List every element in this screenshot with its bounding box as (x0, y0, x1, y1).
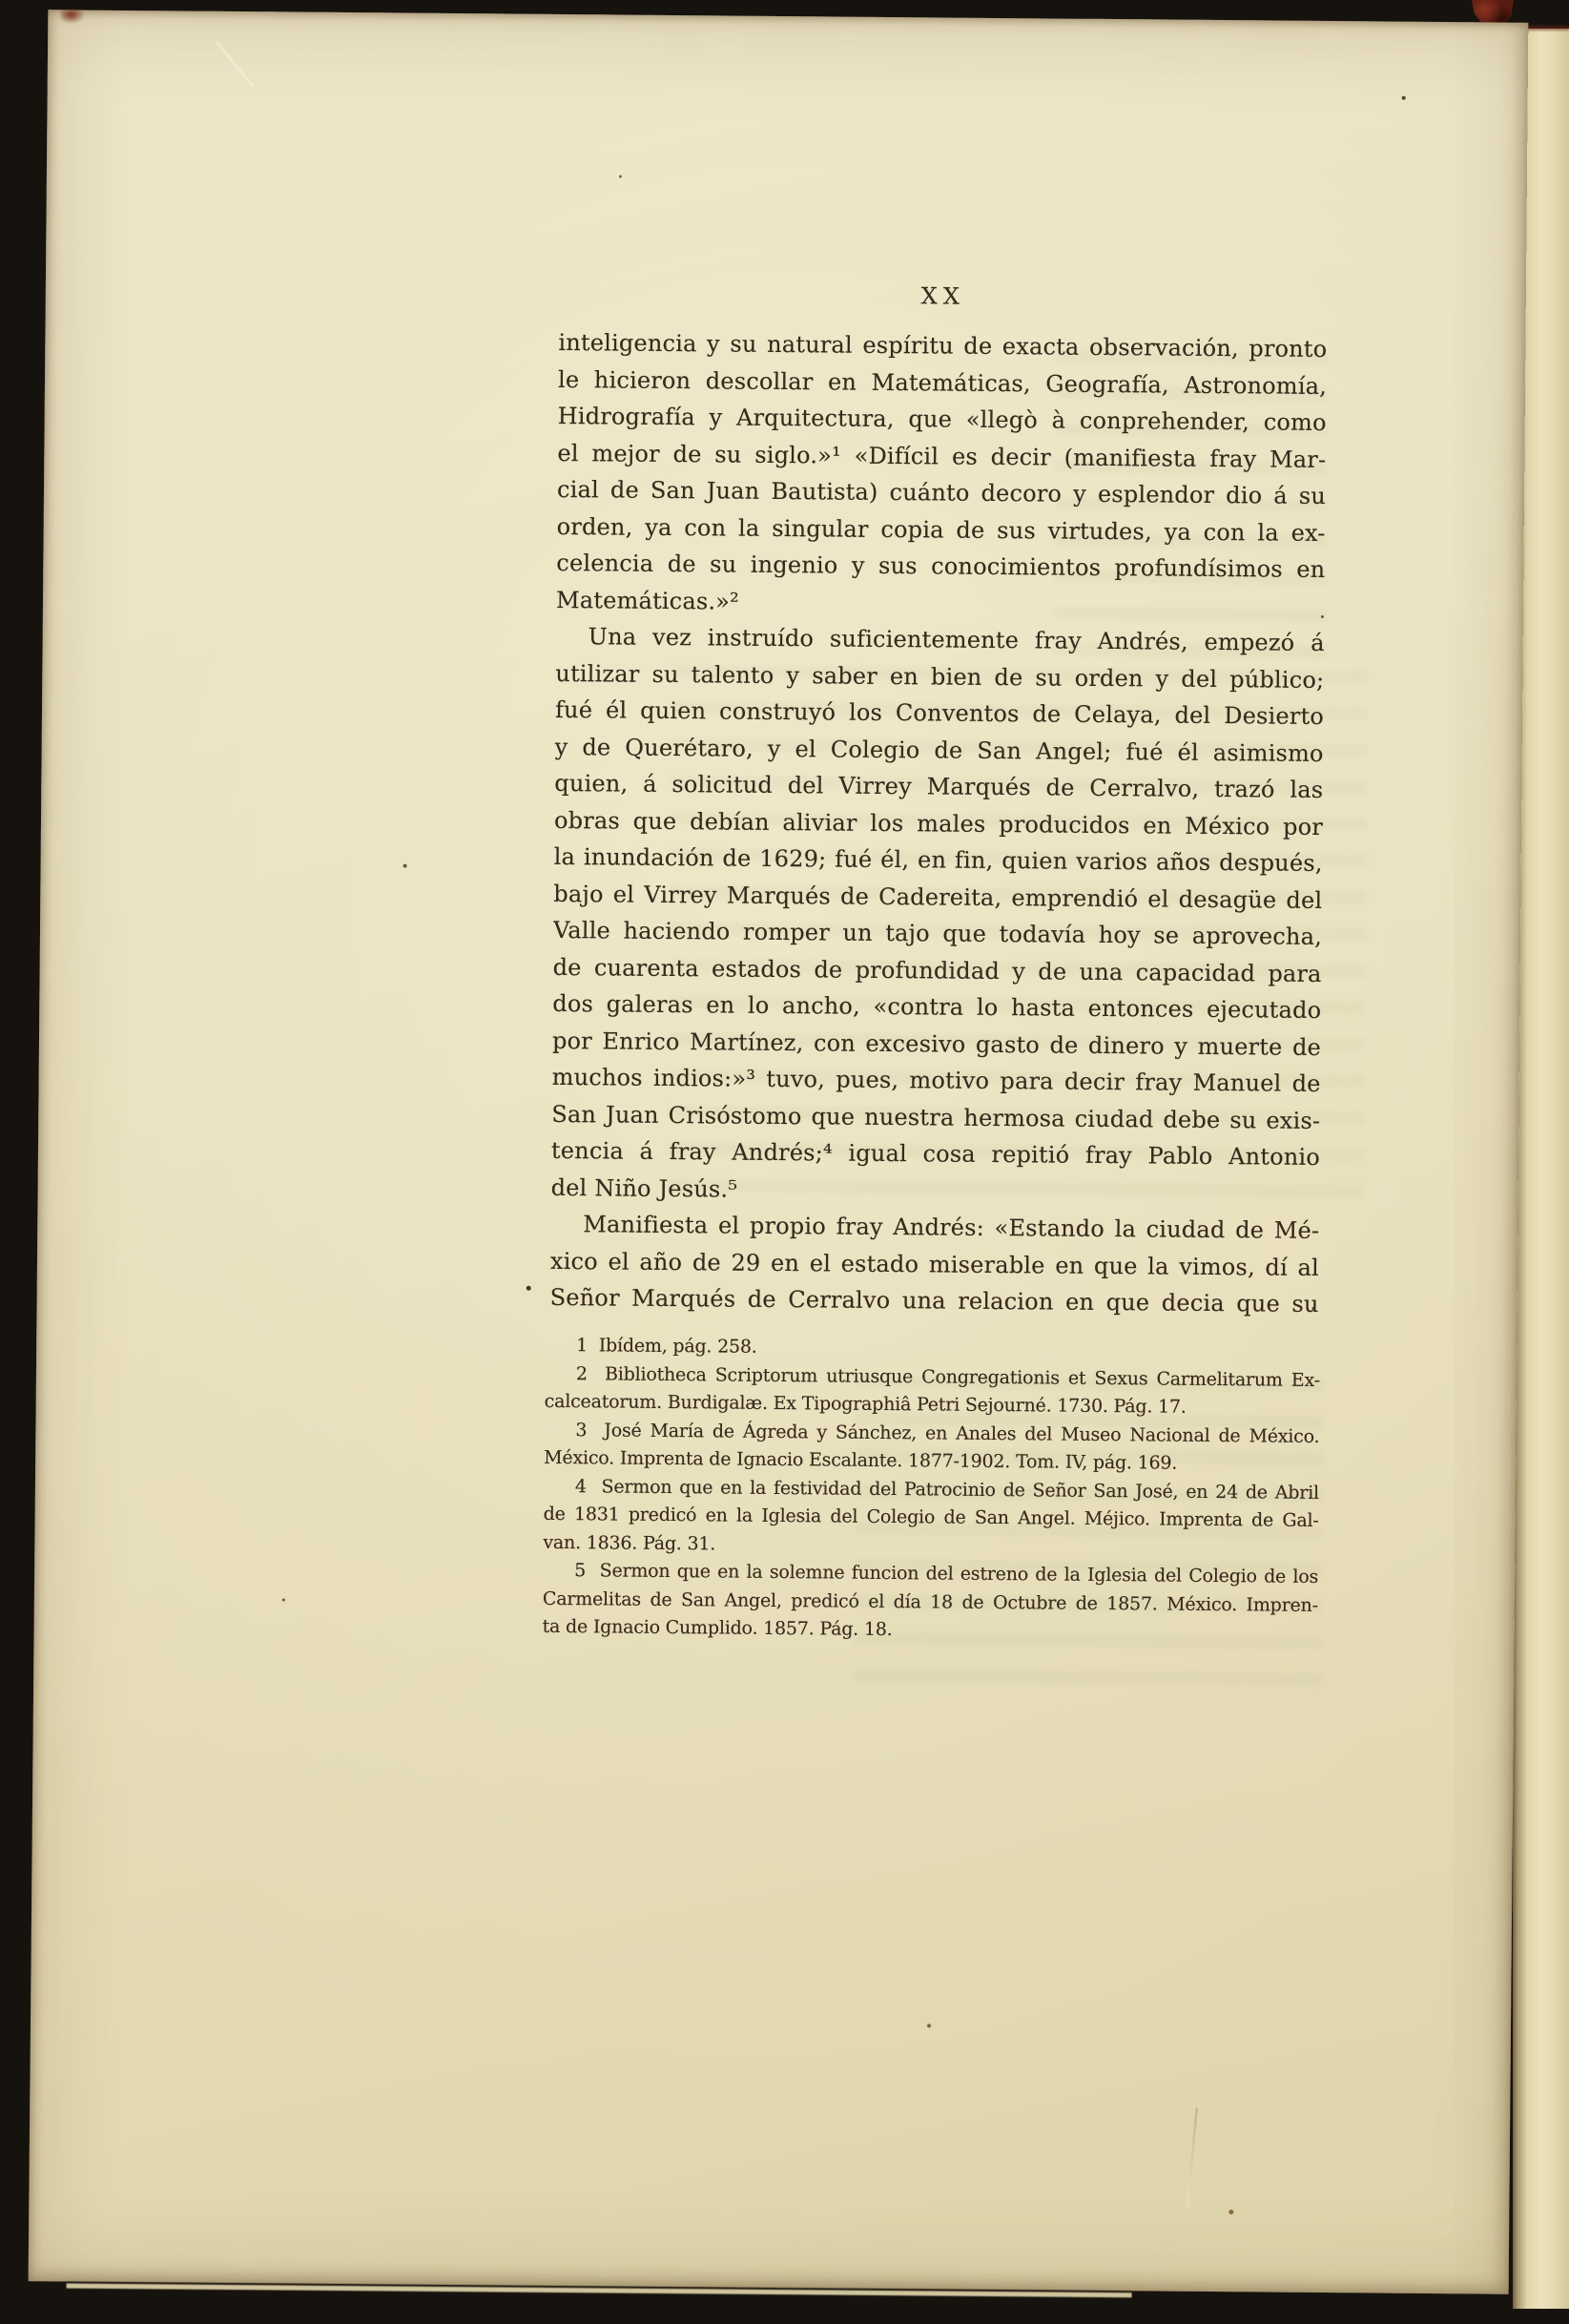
paper-speck (927, 2023, 931, 2027)
text-line: Señor Marqués de Cerralvo una relacion e… (549, 1279, 1318, 1323)
text-line: celencia de su ingenio y sus conocimient… (556, 545, 1325, 589)
scanned-book-photo: XX inteligencia y su natural espíritu de… (0, 0, 1569, 2324)
paper-speck (1402, 96, 1406, 100)
paragraph-1: inteligencia y su natural espíritu de ex… (556, 324, 1328, 625)
text-line: fué él quien construyó los Conventos de … (555, 692, 1324, 736)
paragraphs: inteligencia y su natural espíritu de ex… (549, 324, 1327, 1322)
text-line: la inundación de 1629; fué él, en fin, q… (554, 839, 1323, 882)
footnote-2: 2 Bibliotheca Scriptorum utriusque Congr… (545, 1359, 1320, 1422)
text-line: muchos indios:»³ tuvo, pues, motivo para… (552, 1059, 1321, 1103)
paper-crease (1187, 2107, 1198, 2208)
footnote-3: 3 José María de Ágreda y Sánchez, en Ana… (544, 1416, 1319, 1479)
paragraph-2: Una vez instruído suficientemente fray A… (550, 618, 1324, 1213)
paper-crease (216, 41, 254, 87)
body-text: inteligencia y su natural espíritu de ex… (549, 324, 1327, 1322)
footnote-4: 4 Sermon que en la festividad del Patroc… (543, 1472, 1319, 1564)
footnotes: 1 Ibídem, pág. 258.2 Bibliotheca Scripto… (543, 1332, 1321, 1649)
paper-speck (619, 176, 622, 178)
text-line: cial de San Juan Bautista) cuánto decoro… (557, 471, 1326, 515)
paper-speck (282, 1598, 285, 1601)
text-line: Una vez instruído suficientemente fray A… (556, 618, 1325, 662)
text-line: Valle haciendo romper un tajo que todaví… (553, 912, 1322, 956)
text-line: Hidrografía y Arquitectura, que «llegò à… (558, 398, 1327, 442)
page-number: XX (559, 280, 1328, 313)
ink-dot (526, 1286, 531, 1291)
paper-speck (403, 864, 407, 868)
paper-speck (1228, 2210, 1233, 2214)
text-line: inteligencia y su natural espíritu de ex… (558, 324, 1327, 368)
page-under-edge (67, 2282, 1132, 2298)
text-line: dos galeras en lo ancho, «contra lo hast… (552, 986, 1321, 1029)
corner-red-stain (60, 10, 87, 25)
text-line: quien, á solicitud del Virrey Marqués de… (554, 765, 1323, 809)
text-line: tencia á fray Andrés;⁴ igual cosa repiti… (551, 1132, 1320, 1176)
text-line: Manifiesta el propio fray Andrés: «Estan… (550, 1206, 1319, 1250)
footnote-5: 5 Sermon que en la solemne funcion del e… (543, 1557, 1319, 1649)
paragraph-3: Manifiesta el propio fray Andrés: «Estan… (549, 1206, 1319, 1323)
book-page: XX inteligencia y su natural espíritu de… (29, 10, 1529, 2293)
